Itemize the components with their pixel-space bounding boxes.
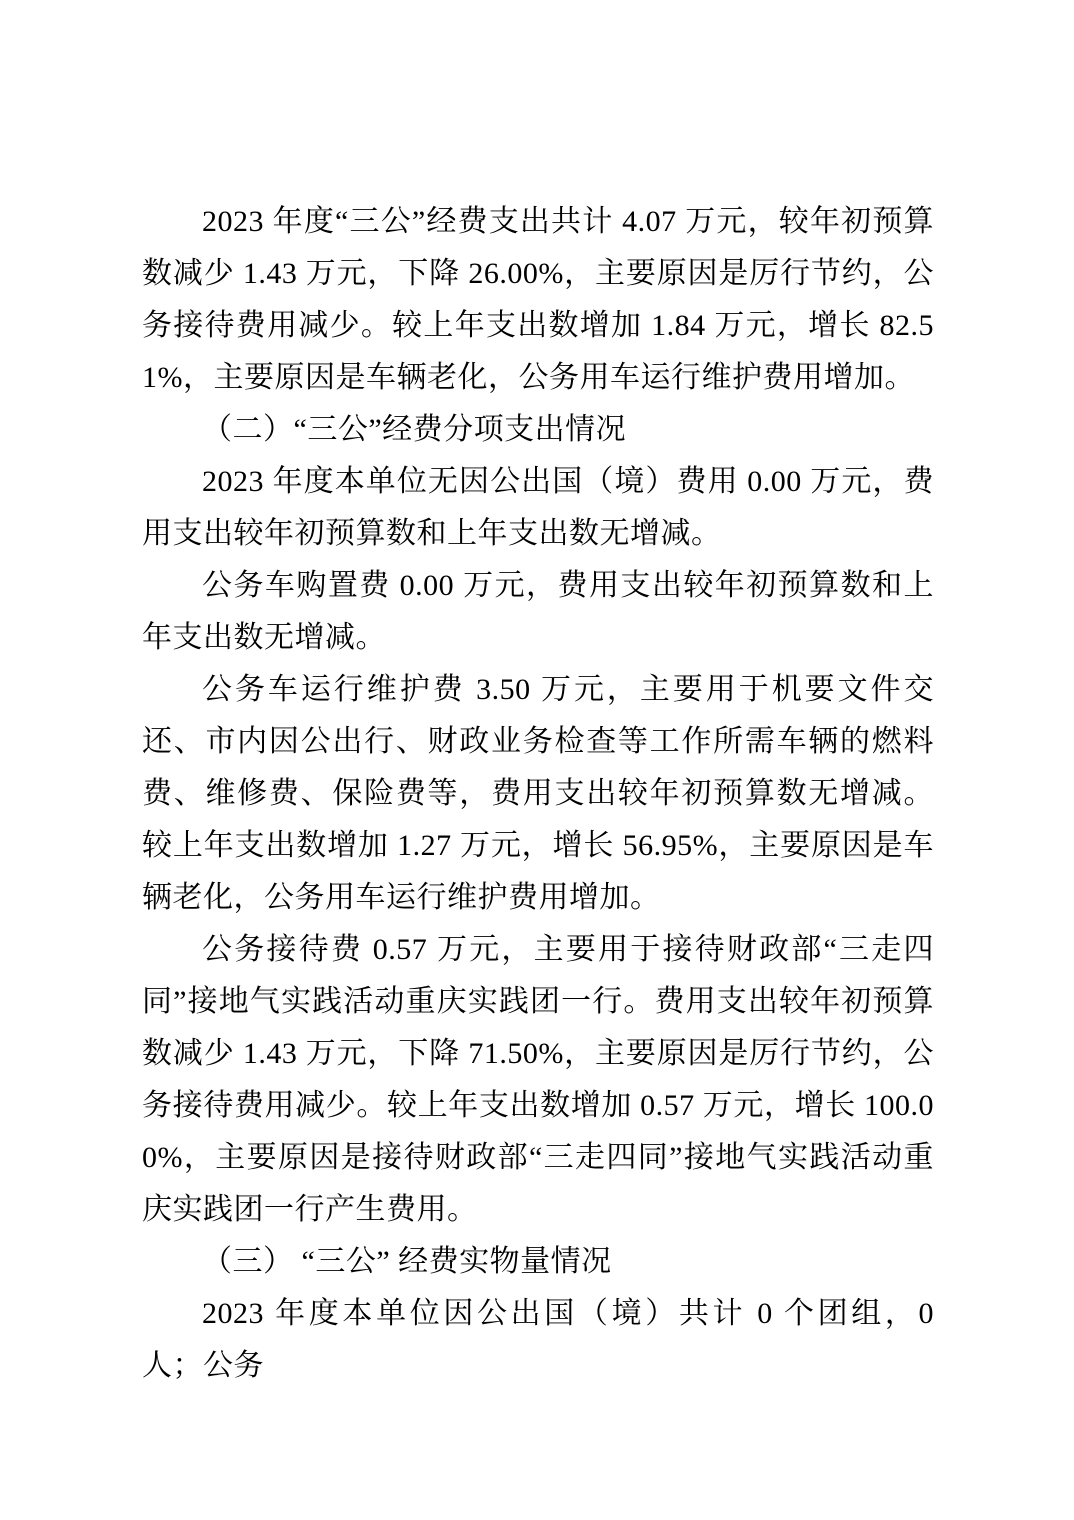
- paragraph-official-reception-expense: 公务接待费 0.57 万元，主要用于接待财政部“三走四同”接地气实践活动重庆实践…: [142, 924, 934, 1236]
- document-page: 2023 年度“三公”经费支出共计 4.07 万元，较年初预算数减少 1.43 …: [0, 0, 1074, 1520]
- paragraph-physical-quantity-detail: 2023 年度本单位因公出国（境）共计 0 个团组，0 人；公务: [142, 1288, 934, 1392]
- paragraph-official-vehicle-purchase-expense: 公务车购置费 0.00 万元，费用支出较年初预算数和上年支出数无增减。: [142, 560, 934, 664]
- document-text-area: 2023 年度“三公”经费支出共计 4.07 万元，较年初预算数减少 1.43 …: [142, 196, 934, 1392]
- paragraph-overseas-trip-expense: 2023 年度本单位无因公出国（境）费用 0.00 万元，费用支出较年初预算数和…: [142, 456, 934, 560]
- paragraph-official-vehicle-maintenance-expense: 公务车运行维护费 3.50 万元，主要用于机要文件交还、市内因公出行、财政业务检…: [142, 664, 934, 924]
- heading-section-2-itemized-expenditure: （二）“三公”经费分项支出情况: [142, 404, 934, 456]
- heading-section-3-physical-quantity: （三） “三公” 经费实物量情况: [142, 1236, 934, 1288]
- paragraph-sangong-total-expenditure: 2023 年度“三公”经费支出共计 4.07 万元，较年初预算数减少 1.43 …: [142, 196, 934, 404]
